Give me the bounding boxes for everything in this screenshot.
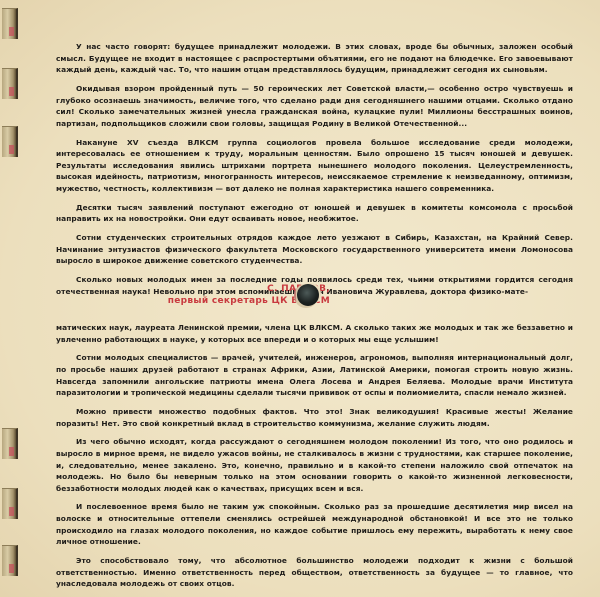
paragraph: Сотни молодых специалистов — врачей, учи…	[56, 352, 573, 398]
binding-ring-icon	[2, 126, 18, 157]
binding-ring-icon	[2, 488, 18, 519]
paragraph: Можно привести множество подобных фактов…	[56, 406, 573, 429]
paragraph: И послевоенное время было не таким уж сп…	[56, 501, 573, 547]
paragraph: У нас часто говорят: будущее принадлежит…	[56, 41, 573, 76]
spiral-binding-icon	[0, 0, 24, 597]
paragraph: Из чего обычно исходят, когда рассуждают…	[56, 436, 573, 494]
binding-ring-icon	[2, 428, 18, 459]
paragraph: Накануне XV съезда ВЛКСМ группа социолог…	[56, 137, 573, 195]
binding-ring-icon	[2, 545, 18, 576]
paragraph: Десятки тысяч заявлений поступают ежегод…	[56, 202, 573, 225]
binding-ring-icon	[2, 68, 18, 99]
paragraph: матических наук, лауреата Ленинской прем…	[56, 322, 573, 345]
punched-hole-icon	[297, 284, 319, 306]
article-text-bottom: матических наук, лауреата Ленинской прем…	[56, 322, 573, 597]
article-text-top: У нас часто говорят: будущее принадлежит…	[56, 41, 573, 304]
paragraph: Окидывая взором пройденный путь — 50 гер…	[56, 83, 573, 129]
document-page: У нас часто говорят: будущее принадлежит…	[0, 0, 600, 597]
paragraph: Это способствовало тому, что абсолютное …	[56, 555, 573, 590]
paragraph: Сотни студенческих строительных отрядов …	[56, 232, 573, 267]
binding-ring-icon	[2, 8, 18, 39]
